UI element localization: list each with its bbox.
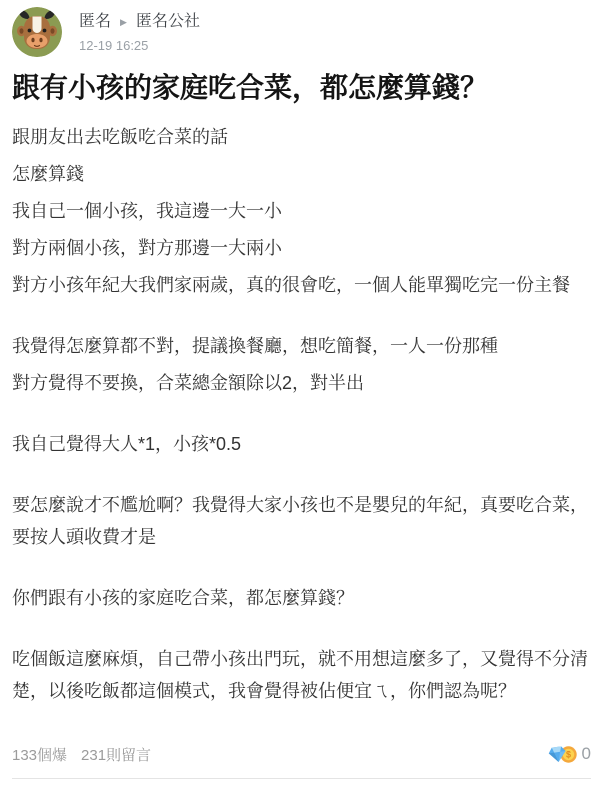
post-paragraph-blank — [12, 306, 597, 325]
post-paragraph: 怎麼算錢 — [12, 158, 597, 190]
post-paragraph-blank — [12, 619, 597, 638]
post-paragraph: 吃個飯這麼麻煩，自己帶小孩出門玩，就不用想這麼多了，又覺得不分清楚，以後吃飯都這… — [12, 643, 597, 707]
post-paragraph: 我覺得怎麼算都不對，提議換餐廳，想吃簡餐，一人一份那種 — [12, 330, 597, 362]
avatar[interactable] — [12, 7, 62, 57]
post-paragraph: 對方小孩年紀大我們家兩歲，真的很會吃，一個人能單獨吃完一份主餐 — [12, 269, 597, 301]
post-paragraph: 對方覺得不要換，合菜總金額除以2，對半出 — [12, 367, 597, 399]
divider — [12, 778, 591, 779]
reaction-count-label[interactable]: 133個爆 — [12, 744, 67, 765]
ox-face-icon — [12, 7, 62, 57]
board-name[interactable]: 匿名公社 — [136, 11, 200, 33]
post-paragraph: 要怎麼說才不尷尬啊？我覺得大家小孩也不是嬰兒的年紀，真要吃合菜，要按人頭收費才是 — [12, 489, 597, 553]
breadcrumb-arrow-icon: ▶ — [120, 11, 127, 33]
reaction-total: 0 — [582, 744, 591, 764]
post-paragraph: 我自己覺得大人*1，小孩*0.5 — [12, 428, 597, 460]
post-paragraph-blank — [12, 404, 597, 423]
author-name[interactable]: 匿名 — [79, 11, 111, 33]
name-row: 匿名 ▶ 匿名公社 — [79, 11, 200, 33]
post-paragraph: 你們跟有小孩的家庭吃合菜，都怎麼算錢？ — [12, 582, 597, 614]
reaction-summary[interactable]: $ 0 — [548, 744, 591, 764]
post-paragraph: 跟朋友出去吃飯吃合菜的話 — [12, 121, 597, 153]
post-header: 匿名 ▶ 匿名公社 12-19 16:25 — [0, 0, 603, 57]
post-paragraph-blank — [12, 465, 597, 484]
post-paragraph: 我自己一個小孩，我這邊一大一小 — [12, 195, 597, 227]
gem-reaction-icon — [548, 746, 567, 763]
post-paragraph: 對方兩個小孩，對方那邊一大兩小 — [12, 232, 597, 264]
post-footer: 133個爆 231則留言 $ 0 — [12, 743, 591, 765]
comment-count-label[interactable]: 231則留言 — [81, 744, 151, 765]
post-body: 跟朋友出去吃飯吃合菜的話怎麼算錢我自己一個小孩，我這邊一大一小對方兩個小孩，對方… — [12, 121, 597, 707]
post-page: 匿名 ▶ 匿名公社 12-19 16:25 跟有小孩的家庭吃合菜，都怎麼算錢？ … — [0, 0, 603, 791]
timestamp: 12-19 16:25 — [79, 37, 200, 55]
post-paragraph-blank — [12, 558, 597, 577]
header-text: 匿名 ▶ 匿名公社 12-19 16:25 — [79, 7, 200, 55]
post-title: 跟有小孩的家庭吃合菜，都怎麼算錢？ — [12, 70, 591, 106]
footer-counts: 133個爆 231則留言 — [12, 744, 151, 765]
